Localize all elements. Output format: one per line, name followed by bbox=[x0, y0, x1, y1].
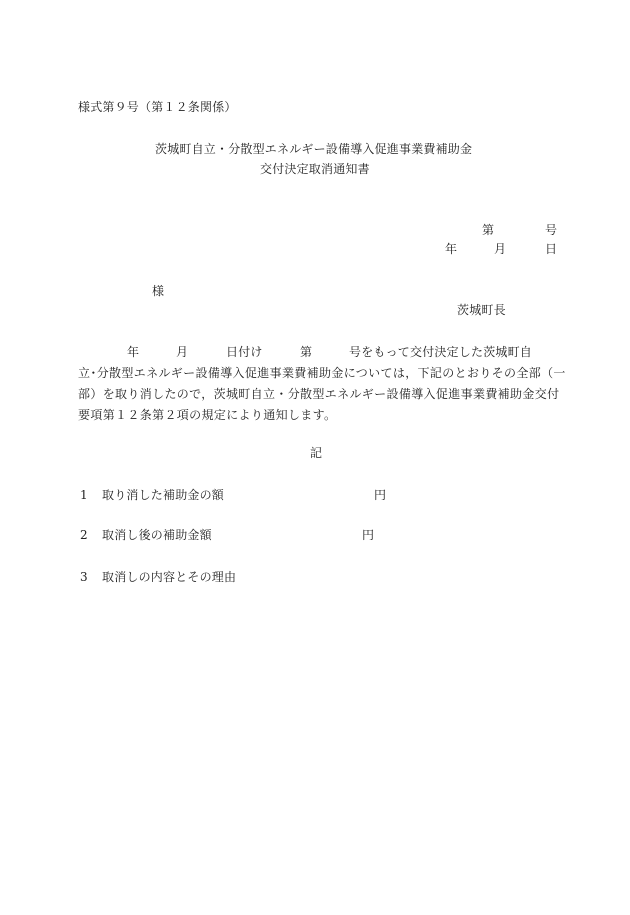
item-unit: 円 bbox=[362, 529, 374, 541]
body-line2: 立･分散型エネルギー設備導入促進事業費補助金については，下記のとおりその全部（一 bbox=[78, 367, 566, 379]
issue-date-month: 月 bbox=[494, 243, 506, 255]
item-number: 1 bbox=[80, 489, 88, 501]
body-line1-rest: 号をもって交付決定した茨城町自 bbox=[349, 346, 532, 358]
item-number: 2 bbox=[80, 529, 88, 541]
body-line4: 要項第１２条第２項の規定により通知します。 bbox=[78, 409, 336, 421]
doc-number-dai: 第 bbox=[482, 224, 494, 236]
body-number-dai: 第 bbox=[300, 346, 312, 358]
item-label: 取消し後の補助金額 bbox=[102, 529, 212, 541]
sender-name: 茨城町長 bbox=[457, 304, 506, 316]
body-date-year: 年 bbox=[127, 346, 139, 358]
form-number: 様式第９号（第１２条関係） bbox=[78, 101, 237, 113]
issue-date-day: 日 bbox=[545, 243, 557, 255]
document-title-line1: 茨城町自立・分散型エネルギー設備導入促進事業費補助金 bbox=[155, 143, 472, 155]
item-label: 取り消した補助金の額 bbox=[102, 489, 224, 501]
issue-date-year: 年 bbox=[445, 243, 457, 255]
item-number: 3 bbox=[80, 571, 88, 583]
body-date-day-dated: 日付け bbox=[226, 346, 263, 358]
document-title-line2: 交付決定取消通知書 bbox=[260, 163, 370, 175]
body-line3: 部）を取り消したので，茨城町自立・分散型エネルギー設備導入促進事業費補助金交付 bbox=[78, 388, 559, 400]
body-date-month: 月 bbox=[176, 346, 188, 358]
addressee-honorific: 様 bbox=[152, 285, 164, 297]
doc-number-go: 号 bbox=[545, 224, 557, 236]
item-unit: 円 bbox=[374, 489, 386, 501]
ki-heading: 記 bbox=[310, 447, 322, 459]
item-label: 取消しの内容とその理由 bbox=[102, 571, 236, 583]
